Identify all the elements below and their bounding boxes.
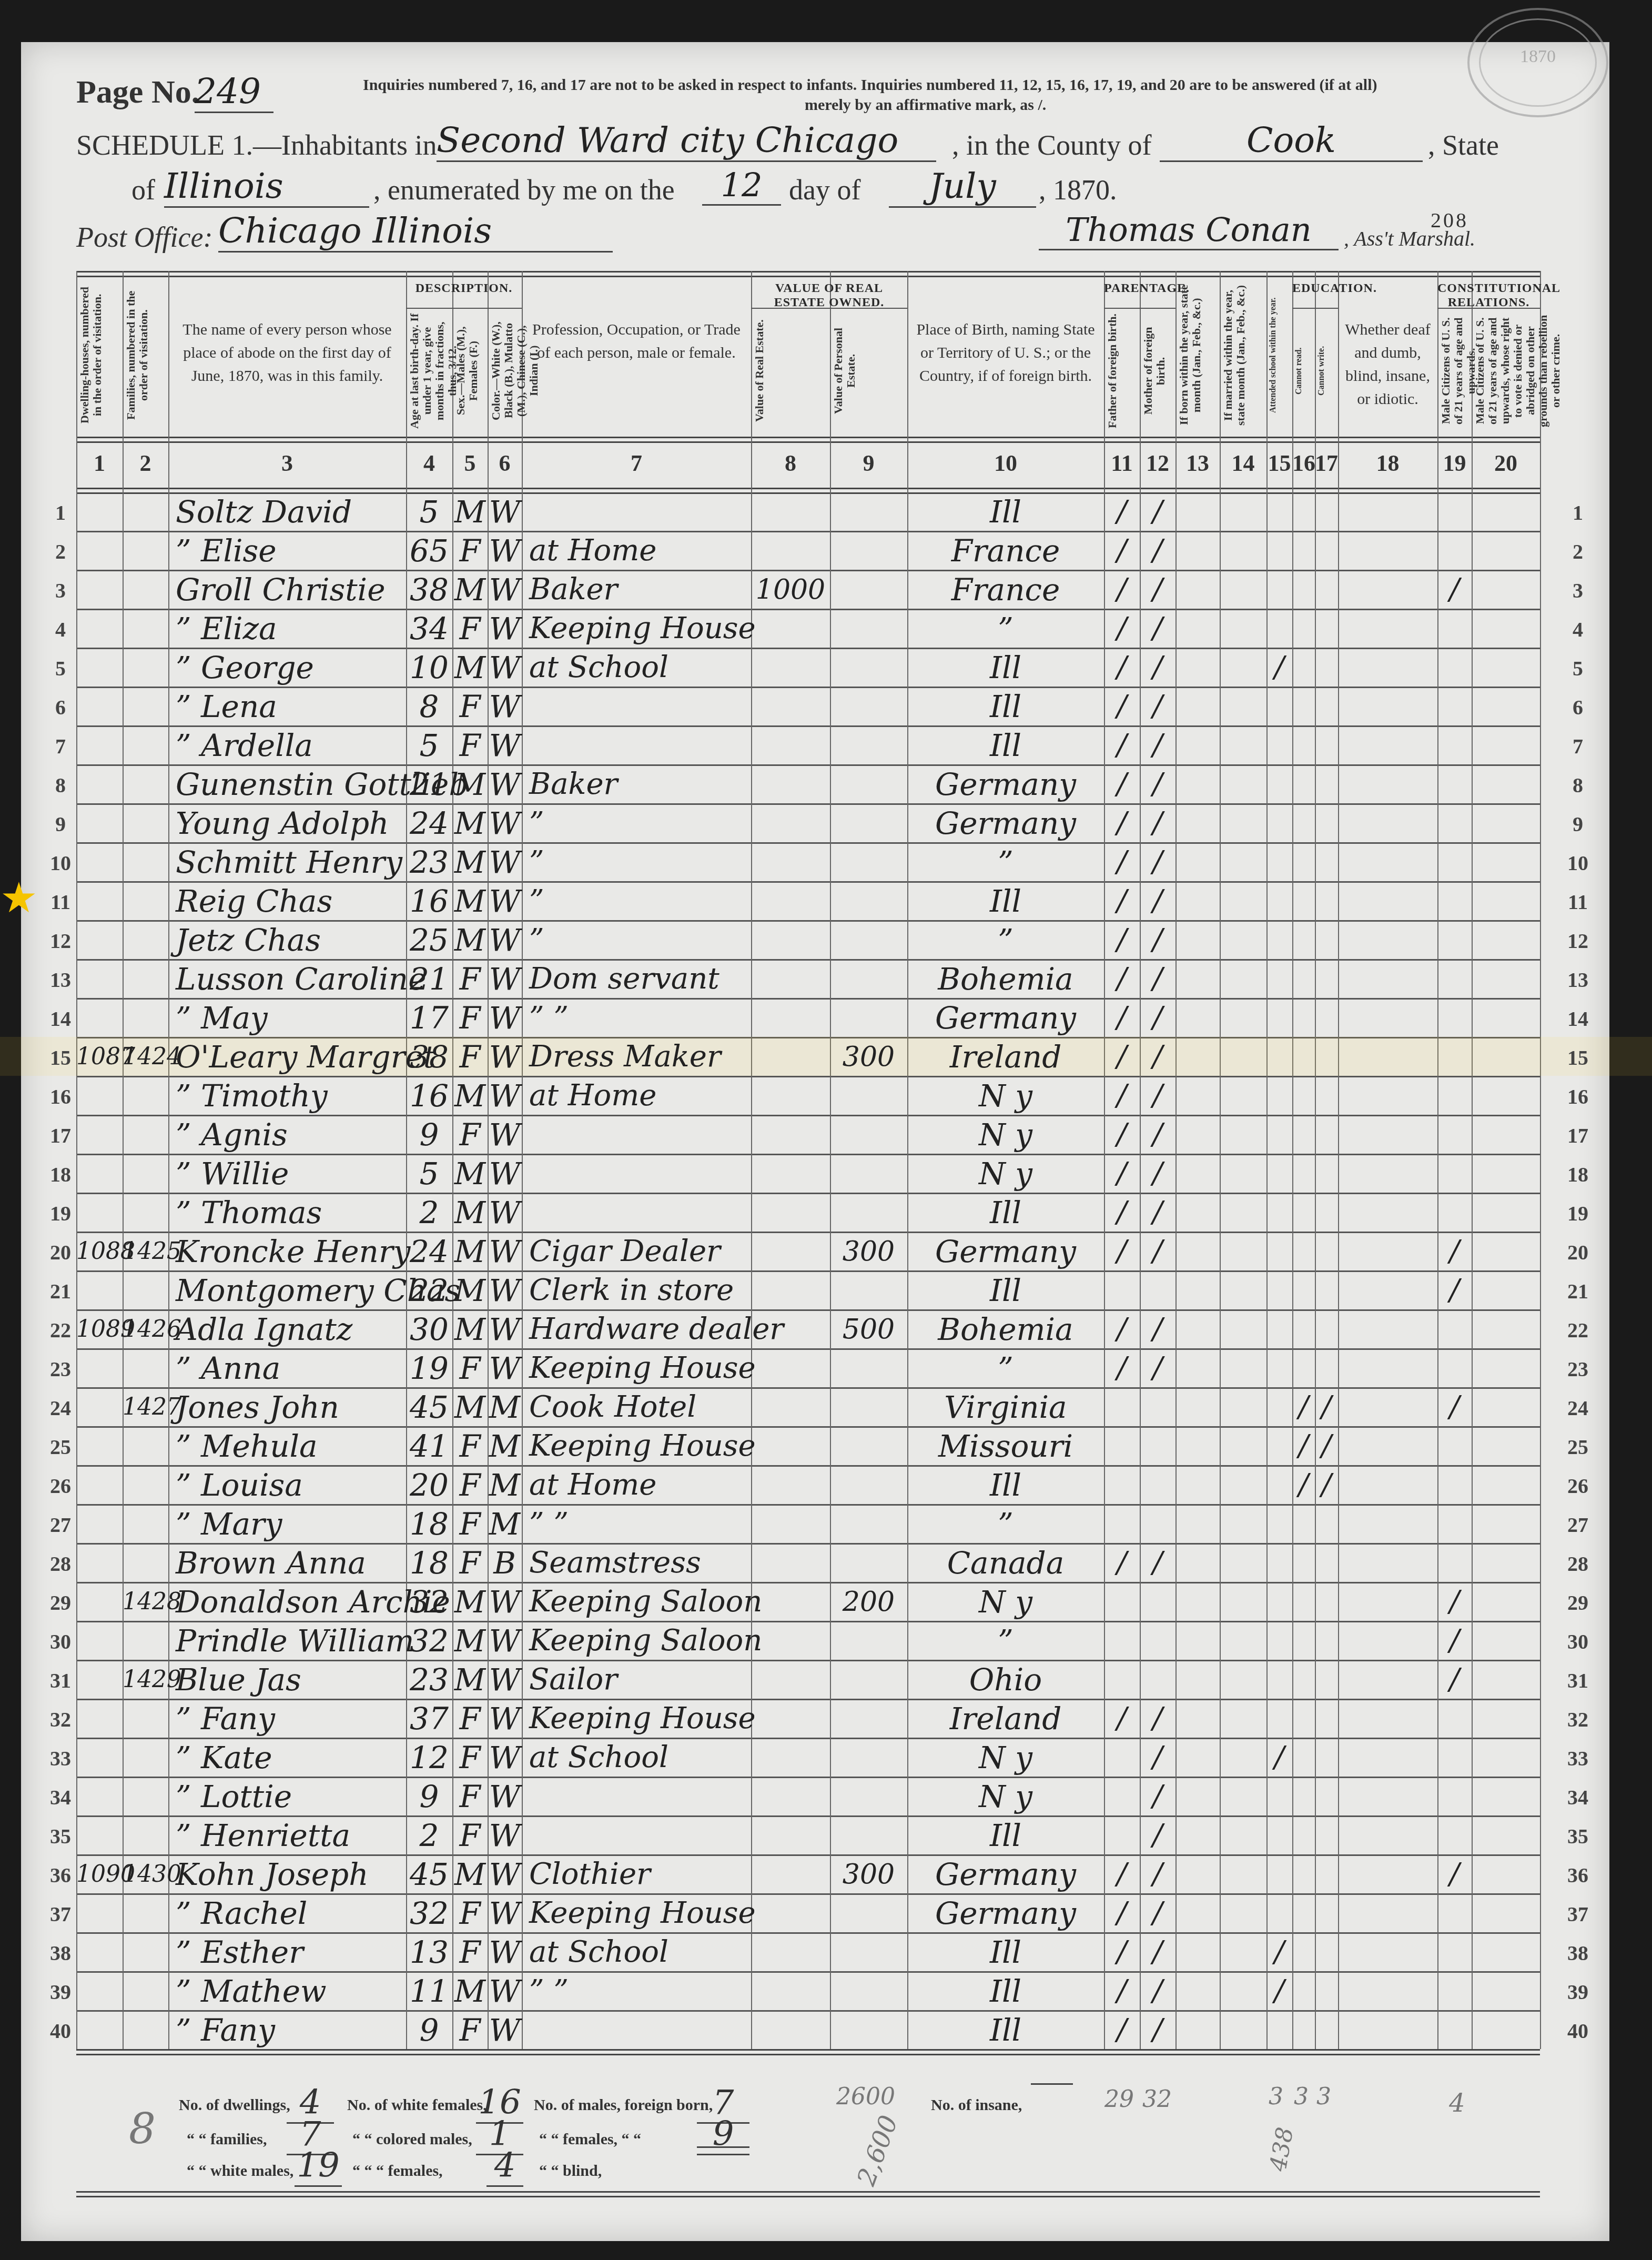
age: 20 (406, 1469, 452, 1501)
school-mark: / (1266, 1975, 1292, 2007)
foreign-females-label: “ “ females, “ “ (539, 2131, 641, 2148)
line-number-left: 27 (47, 1512, 74, 1537)
highlight-star-icon: ★ (0, 873, 38, 922)
citizen-mark: / (1437, 1586, 1472, 1618)
color: W (488, 1936, 522, 1968)
father-foreign-mark: / (1104, 1314, 1140, 1345)
color: W (488, 846, 522, 878)
birthplace: ” (907, 1353, 1104, 1384)
personal-estate-value: 500 (830, 1314, 907, 1345)
table-row: 1919” Thomas2MWIll// (0, 1193, 1652, 1232)
table-row: 1111Reig Chas16MW”Ill// (0, 881, 1652, 920)
sex: M (452, 1664, 488, 1696)
birthplace: Ill (907, 1975, 1104, 2007)
person-name: Lusson Caroline (176, 963, 406, 995)
color: M (488, 1391, 522, 1423)
line-number-left: 18 (47, 1162, 74, 1187)
person-name: Soltz David (176, 496, 406, 528)
mother-foreign-mark: / (1140, 496, 1175, 528)
mother-foreign-mark: / (1140, 769, 1175, 800)
column-number-3: 3 (168, 450, 406, 477)
column-number-15: 15 (1266, 450, 1292, 477)
line-number-right: 12 (1565, 929, 1591, 953)
father-foreign-mark: / (1104, 1002, 1140, 1034)
dwelling-number: 1090 (76, 1859, 123, 1890)
sex: M (452, 769, 488, 800)
table-row: 22” Elise65FWat HomeFrance// (0, 531, 1652, 570)
group-rule (1292, 308, 1338, 309)
schedule-label: SCHEDULE 1.—Inhabitants in (76, 129, 437, 162)
mother-foreign-mark: / (1140, 1119, 1175, 1151)
column-header-18: Whether deaf and dumb, blind, insane, or… (1343, 318, 1432, 411)
person-name: ” Eliza (176, 613, 406, 644)
family-number: 1430 (123, 1859, 168, 1890)
birthplace: France (907, 535, 1104, 567)
person-name: Blue Jas (176, 1664, 406, 1696)
school-mark: / (1266, 1936, 1292, 1968)
mother-foreign-mark: / (1140, 846, 1175, 878)
table-row: 44” Eliza34FWKeeping House”// (0, 609, 1652, 648)
birthplace: Germany (907, 1236, 1104, 1267)
age: 65 (406, 535, 452, 567)
column-header-17: Cannot write. (1317, 313, 1336, 429)
birthplace: Germany (907, 1898, 1104, 1929)
mother-foreign-mark: / (1140, 1547, 1175, 1579)
cannot-write-mark: / (1315, 1391, 1338, 1423)
color: W (488, 769, 522, 800)
age: 11 (406, 1975, 452, 2007)
age: 2 (406, 1197, 452, 1228)
father-foreign-mark: / (1104, 574, 1140, 606)
sex: F (452, 1430, 488, 1462)
year-label: , 1870. (1039, 174, 1117, 206)
cannot-read-mark: / (1292, 1430, 1315, 1462)
stamp-number: 208 (1431, 208, 1468, 233)
age: 32 (406, 1898, 452, 1929)
age: 22 (406, 1275, 452, 1306)
birthplace: Ill (907, 496, 1104, 528)
double-rule (76, 2191, 1540, 2197)
birthplace: ” (907, 846, 1104, 878)
instructions-line-1: Inquiries numbered 7, 16, and 17 are not… (363, 76, 1377, 94)
column-number-16: 16 (1292, 450, 1315, 477)
citizens-total: 4 (1449, 2089, 1465, 2118)
family-number: 1425 (123, 1236, 168, 1267)
line-number-right: 31 (1565, 1668, 1591, 1693)
line-number-right: 23 (1565, 1357, 1591, 1381)
line-number-left: 20 (47, 1240, 74, 1265)
person-name: ” Esther (176, 1936, 406, 1968)
age: 41 (406, 1430, 452, 1462)
real-estate-value: 1000 (751, 574, 830, 606)
month-field: July (889, 166, 1036, 208)
double-rule (76, 271, 1540, 277)
age: 10 (406, 652, 452, 683)
mother-foreign-mark: / (1140, 535, 1175, 567)
white-males-count: 19 (295, 2146, 342, 2187)
person-name: ” Willie (176, 1158, 406, 1189)
column-header-20: Male Citizens of U. S. of 21 years of ag… (1474, 313, 1538, 429)
family-number: 1428 (123, 1586, 168, 1618)
occupation: Keeping House (529, 1703, 751, 1734)
column-header-11: Father of foreign birth. (1106, 313, 1138, 429)
age: 25 (406, 924, 452, 956)
table-row: 2727” Mary18FM” ”” (0, 1504, 1652, 1543)
column-header-2: Families, numbered in the order of visit… (125, 281, 166, 429)
occupation: ” (529, 808, 751, 839)
foreign-males-label: No. of males, foreign born, (534, 2096, 713, 2114)
personal-estate-value: 300 (830, 1859, 907, 1890)
county-label: , in the County of (952, 129, 1151, 162)
person-name: ” Fany (176, 1703, 406, 1734)
color: W (488, 1353, 522, 1384)
sex: M (452, 652, 488, 683)
sex: F (452, 1781, 488, 1812)
mother-foreign-mark: / (1140, 808, 1175, 839)
birthplace: N y (907, 1742, 1104, 1773)
line-number-right: 13 (1565, 967, 1591, 992)
color: B (488, 1547, 522, 1579)
sex: F (452, 691, 488, 722)
mother-foreign-mark: / (1140, 924, 1175, 956)
occupation: Keeping Saloon (529, 1586, 751, 1618)
father-foreign-mark: / (1104, 1197, 1140, 1228)
person-name: Jetz Chas (176, 924, 406, 956)
person-name: Donaldson Archie (176, 1586, 406, 1618)
sex: F (452, 1353, 488, 1384)
table-row: 1414” May17FW” ”Germany// (0, 998, 1652, 1037)
person-name: ” Lena (176, 691, 406, 722)
line-number-left: 24 (47, 1396, 74, 1420)
table-row: 99Young Adolph24MW”Germany// (0, 803, 1652, 842)
birthplace: Ill (907, 1820, 1104, 1851)
family-number: 1427 (123, 1391, 168, 1423)
mother-foreign-mark: / (1140, 730, 1175, 761)
father-foreign-mark: / (1104, 730, 1140, 761)
group-parentage: PARENTAGE. (1104, 281, 1175, 296)
column-number-19: 19 (1437, 450, 1472, 477)
table-row: 3535” Henrietta2FWIll/ (0, 1815, 1652, 1854)
color: W (488, 924, 522, 956)
birthplace: ” (907, 1508, 1104, 1540)
line-number-right: 2 (1565, 539, 1591, 564)
color: W (488, 1898, 522, 1929)
sex: F (452, 1898, 488, 1929)
dwelling-number: 1087 (76, 1041, 123, 1073)
line-number-left: 2 (47, 539, 74, 564)
father-foreign-mark: / (1104, 652, 1140, 683)
color: W (488, 652, 522, 683)
birthplace: Ill (907, 1936, 1104, 1968)
age: 17 (406, 1002, 452, 1034)
occupation: at School (529, 1742, 751, 1773)
mother-foreign-mark: / (1140, 1742, 1175, 1773)
family-number: 1426 (123, 1314, 168, 1345)
table-row: 151510871424O'Leary Margret38FWDress Mak… (0, 1037, 1652, 1076)
column-number-6: 6 (488, 450, 522, 477)
table-row: 3838” Esther13FWat SchoolIll/// (0, 1932, 1652, 1971)
table-row: 1313Lusson Caroline21FWDom servantBohemi… (0, 959, 1652, 998)
citizen-mark: / (1437, 1625, 1472, 1657)
line-number-left: 36 (47, 1863, 74, 1888)
person-name: Gunenstin Gottlieb (176, 769, 406, 800)
birthplace: Bohemia (907, 1314, 1104, 1345)
person-name: ” Louisa (176, 1469, 406, 1501)
occupation: ” (529, 885, 751, 917)
line-number-right: 20 (1565, 1240, 1591, 1265)
father-foreign-mark: / (1104, 1898, 1140, 1929)
person-name: Kroncke Henry (176, 1236, 406, 1267)
sex: F (452, 1119, 488, 1151)
line-number-left: 9 (47, 812, 74, 836)
age: 9 (406, 2014, 452, 2046)
sex: F (452, 1547, 488, 1579)
line-number-left: 21 (47, 1279, 74, 1304)
mother-foreign-mark: / (1140, 1898, 1175, 1929)
birthplace: Ill (907, 2014, 1104, 2046)
line-number-left: 17 (47, 1123, 74, 1148)
sex: M (452, 1625, 488, 1657)
person-name: ” May (176, 1002, 406, 1034)
father-foreign-mark: / (1104, 1703, 1140, 1734)
line-number-right: 35 (1565, 1824, 1591, 1849)
cannot-read-mark: / (1292, 1469, 1315, 1501)
line-number-left: 3 (47, 578, 74, 603)
color: W (488, 1975, 522, 2007)
occupation: Keeping House (529, 613, 751, 644)
person-name: ” Elise (176, 535, 406, 567)
father-foreign-mark: / (1104, 1859, 1140, 1890)
mother-foreign-mark: / (1140, 1041, 1175, 1073)
mother-foreign-mark: / (1140, 885, 1175, 917)
age: 23 (406, 846, 452, 878)
county-field: Cook (1160, 120, 1423, 162)
birthplace: France (907, 574, 1104, 606)
column-number-9: 9 (830, 450, 907, 477)
table-row: 3939” Mathew11MW” ”Ill/// (0, 1971, 1652, 2010)
table-row: 11Soltz David5MWIll// (0, 492, 1652, 531)
person-name: Groll Christie (176, 574, 406, 606)
family-number: 1424 (123, 1041, 168, 1073)
table-row: 4040” Fany9FWIll// (0, 2010, 1652, 2049)
group-real-estate: VALUE OF REAL ESTATE OWNED. (751, 281, 907, 310)
birthplace: Ill (907, 1469, 1104, 1501)
color: W (488, 2014, 522, 2046)
state-field: Illinois (164, 166, 369, 208)
color: W (488, 613, 522, 644)
color: W (488, 1586, 522, 1618)
line-number-left: 22 (47, 1318, 74, 1343)
person-name: ” Mehula (176, 1430, 406, 1462)
birthplace: Germany (907, 769, 1104, 800)
birthplace: Ill (907, 1275, 1104, 1306)
age: 18 (406, 1547, 452, 1579)
blind-label: “ “ blind, (539, 2162, 602, 2180)
occupation: Hardware dealer (529, 1314, 751, 1345)
color: W (488, 691, 522, 722)
column-number-12: 12 (1140, 450, 1175, 477)
sex: F (452, 1469, 488, 1501)
color: W (488, 1158, 522, 1189)
sex: F (452, 1820, 488, 1851)
age: 18 (406, 1508, 452, 1540)
mother-foreign-mark: / (1140, 1197, 1175, 1228)
double-rule (76, 2049, 1540, 2055)
column-header-5: Sex.—Males (M.), Females (F.) (454, 313, 485, 429)
color: W (488, 574, 522, 606)
line-number-left: 19 (47, 1201, 74, 1226)
birthplace: Bohemia (907, 963, 1104, 995)
father-foreign-mark: / (1104, 1119, 1140, 1151)
age: 16 (406, 1080, 452, 1112)
line-number-right: 39 (1565, 1980, 1591, 2004)
place-field: Second Ward city Chicago (437, 120, 936, 162)
cannot-write-mark: / (1315, 1430, 1338, 1462)
occupation: ” ” (529, 1975, 751, 2007)
line-number-left: 38 (47, 1941, 74, 1965)
table-row: 202010881425Kroncke Henry24MWCigar Deale… (0, 1232, 1652, 1270)
column-header-1: Dwelling-houses, numbered in the order o… (78, 281, 120, 429)
line-number-right: 8 (1565, 773, 1591, 798)
color: W (488, 1314, 522, 1345)
line-number-right: 3 (1565, 578, 1591, 603)
person-name: Reig Chas (176, 885, 406, 917)
birthplace: Ireland (907, 1041, 1104, 1073)
occupation: ” ” (529, 1508, 751, 1540)
age: 5 (406, 496, 452, 528)
age: 24 (406, 1236, 452, 1267)
group-description: DESCRIPTION. (406, 281, 522, 296)
age: 23 (406, 1664, 452, 1696)
color: W (488, 1859, 522, 1890)
table-row: 66” Lena8FWIll// (0, 687, 1652, 725)
birthplace: N y (907, 1158, 1104, 1189)
group-rule (1104, 308, 1175, 309)
father-foreign-total: 29 (1104, 2086, 1134, 2113)
birthplace: N y (907, 1586, 1104, 1618)
post-office-label: Post Office: (76, 221, 212, 254)
line-number-right: 11 (1565, 890, 1591, 914)
occupation: ” (529, 924, 751, 956)
age: 13 (406, 1936, 452, 1968)
cannot-write-total: 3 (1316, 2083, 1331, 2110)
person-name: ” Anna (176, 1353, 406, 1384)
line-number-right: 16 (1565, 1084, 1591, 1109)
age: 24 (406, 808, 452, 839)
person-name: ” Henrietta (176, 1820, 406, 1851)
page-number-label: Page No. (76, 74, 199, 111)
age: 9 (406, 1119, 452, 1151)
dwelling-number: 1089 (76, 1314, 123, 1345)
father-foreign-mark: / (1104, 1236, 1140, 1267)
line-number-right: 29 (1565, 1590, 1591, 1615)
line-number-right: 15 (1565, 1045, 1591, 1070)
birthplace: Germany (907, 1002, 1104, 1034)
birthplace: ” (907, 924, 1104, 956)
column-number-18: 18 (1338, 450, 1437, 477)
person-name: ” George (176, 652, 406, 683)
mother-foreign-mark: / (1140, 1002, 1175, 1034)
color: W (488, 1625, 522, 1657)
mother-foreign-mark: / (1140, 1353, 1175, 1384)
personal-estate-value: 200 (830, 1586, 907, 1618)
age: 32 (406, 1625, 452, 1657)
table-row: 2828Brown Anna18FBSeamstressCanada// (0, 1543, 1652, 1582)
group-constitutional-relations: CONSTITUTIONAL RELATIONS. (1437, 281, 1540, 310)
of-label: of (131, 174, 155, 206)
color: W (488, 808, 522, 839)
color: W (488, 1080, 522, 1112)
line-number-left: 37 (47, 1902, 74, 1926)
cannot-read-total: 3 (1294, 2083, 1309, 2110)
color: W (488, 1041, 522, 1073)
sex: M (452, 1080, 488, 1112)
color: W (488, 1197, 522, 1228)
sex: F (452, 963, 488, 995)
sex: F (452, 613, 488, 644)
table-row: 222210891426Adla Ignatz30MWHardware deal… (0, 1309, 1652, 1348)
personal-estate-value: 300 (830, 1041, 907, 1073)
line-number-left: 5 (47, 656, 74, 681)
sex: M (452, 1236, 488, 1267)
line-number-right: 40 (1565, 2019, 1591, 2043)
birthplace: Ill (907, 652, 1104, 683)
mother-foreign-mark: / (1140, 1975, 1175, 2007)
colored-males-label: “ “ colored males, (352, 2131, 472, 2148)
age: 9 (406, 1781, 452, 1812)
person-name: ” Rachel (176, 1898, 406, 1929)
colored-females-label: “ “ “ females, (352, 2162, 443, 2180)
table-row: 1010Schmitt Henry23MW””// (0, 842, 1652, 881)
color: W (488, 1742, 522, 1773)
occupation: at Home (529, 1469, 751, 1501)
line-number-right: 9 (1565, 812, 1591, 836)
father-foreign-mark: / (1104, 691, 1140, 722)
line-number-left: 14 (47, 1006, 74, 1031)
line-number-left: 29 (47, 1590, 74, 1615)
column-number-5: 5 (452, 450, 488, 477)
column-number-17: 17 (1315, 450, 1338, 477)
line-number-right: 10 (1565, 851, 1591, 875)
sex: M (452, 1391, 488, 1423)
line-number-left: 13 (47, 967, 74, 992)
age: 30 (406, 1314, 452, 1345)
mother-foreign-mark: / (1140, 1236, 1175, 1267)
line-number-left: 25 (47, 1435, 74, 1459)
line-number-right: 28 (1565, 1551, 1591, 1576)
line-number-right: 27 (1565, 1512, 1591, 1537)
color: M (488, 1469, 522, 1501)
age: 37 (406, 1703, 452, 1734)
occupation: Dom servant (529, 963, 751, 995)
person-name: Prindle William (176, 1625, 406, 1657)
column-header-10: Place of Birth, naming State or Territor… (913, 318, 1099, 388)
cannot-read-mark: / (1292, 1391, 1315, 1423)
day-of-label: day of (789, 174, 860, 206)
sex: M (452, 1586, 488, 1618)
line-number-right: 30 (1565, 1629, 1591, 1654)
table-row: 1616” Timothy16MWat HomeN y// (0, 1076, 1652, 1115)
age: 21 (406, 963, 452, 995)
column-number-14: 14 (1220, 450, 1266, 477)
occupation: at School (529, 652, 751, 683)
personal-estate-value: 300 (830, 1236, 907, 1267)
line-number-left: 10 (47, 851, 74, 875)
father-foreign-mark: / (1104, 846, 1140, 878)
line-number-left: 12 (47, 929, 74, 953)
line-number-right: 18 (1565, 1162, 1591, 1187)
person-name: Brown Anna (176, 1547, 406, 1579)
